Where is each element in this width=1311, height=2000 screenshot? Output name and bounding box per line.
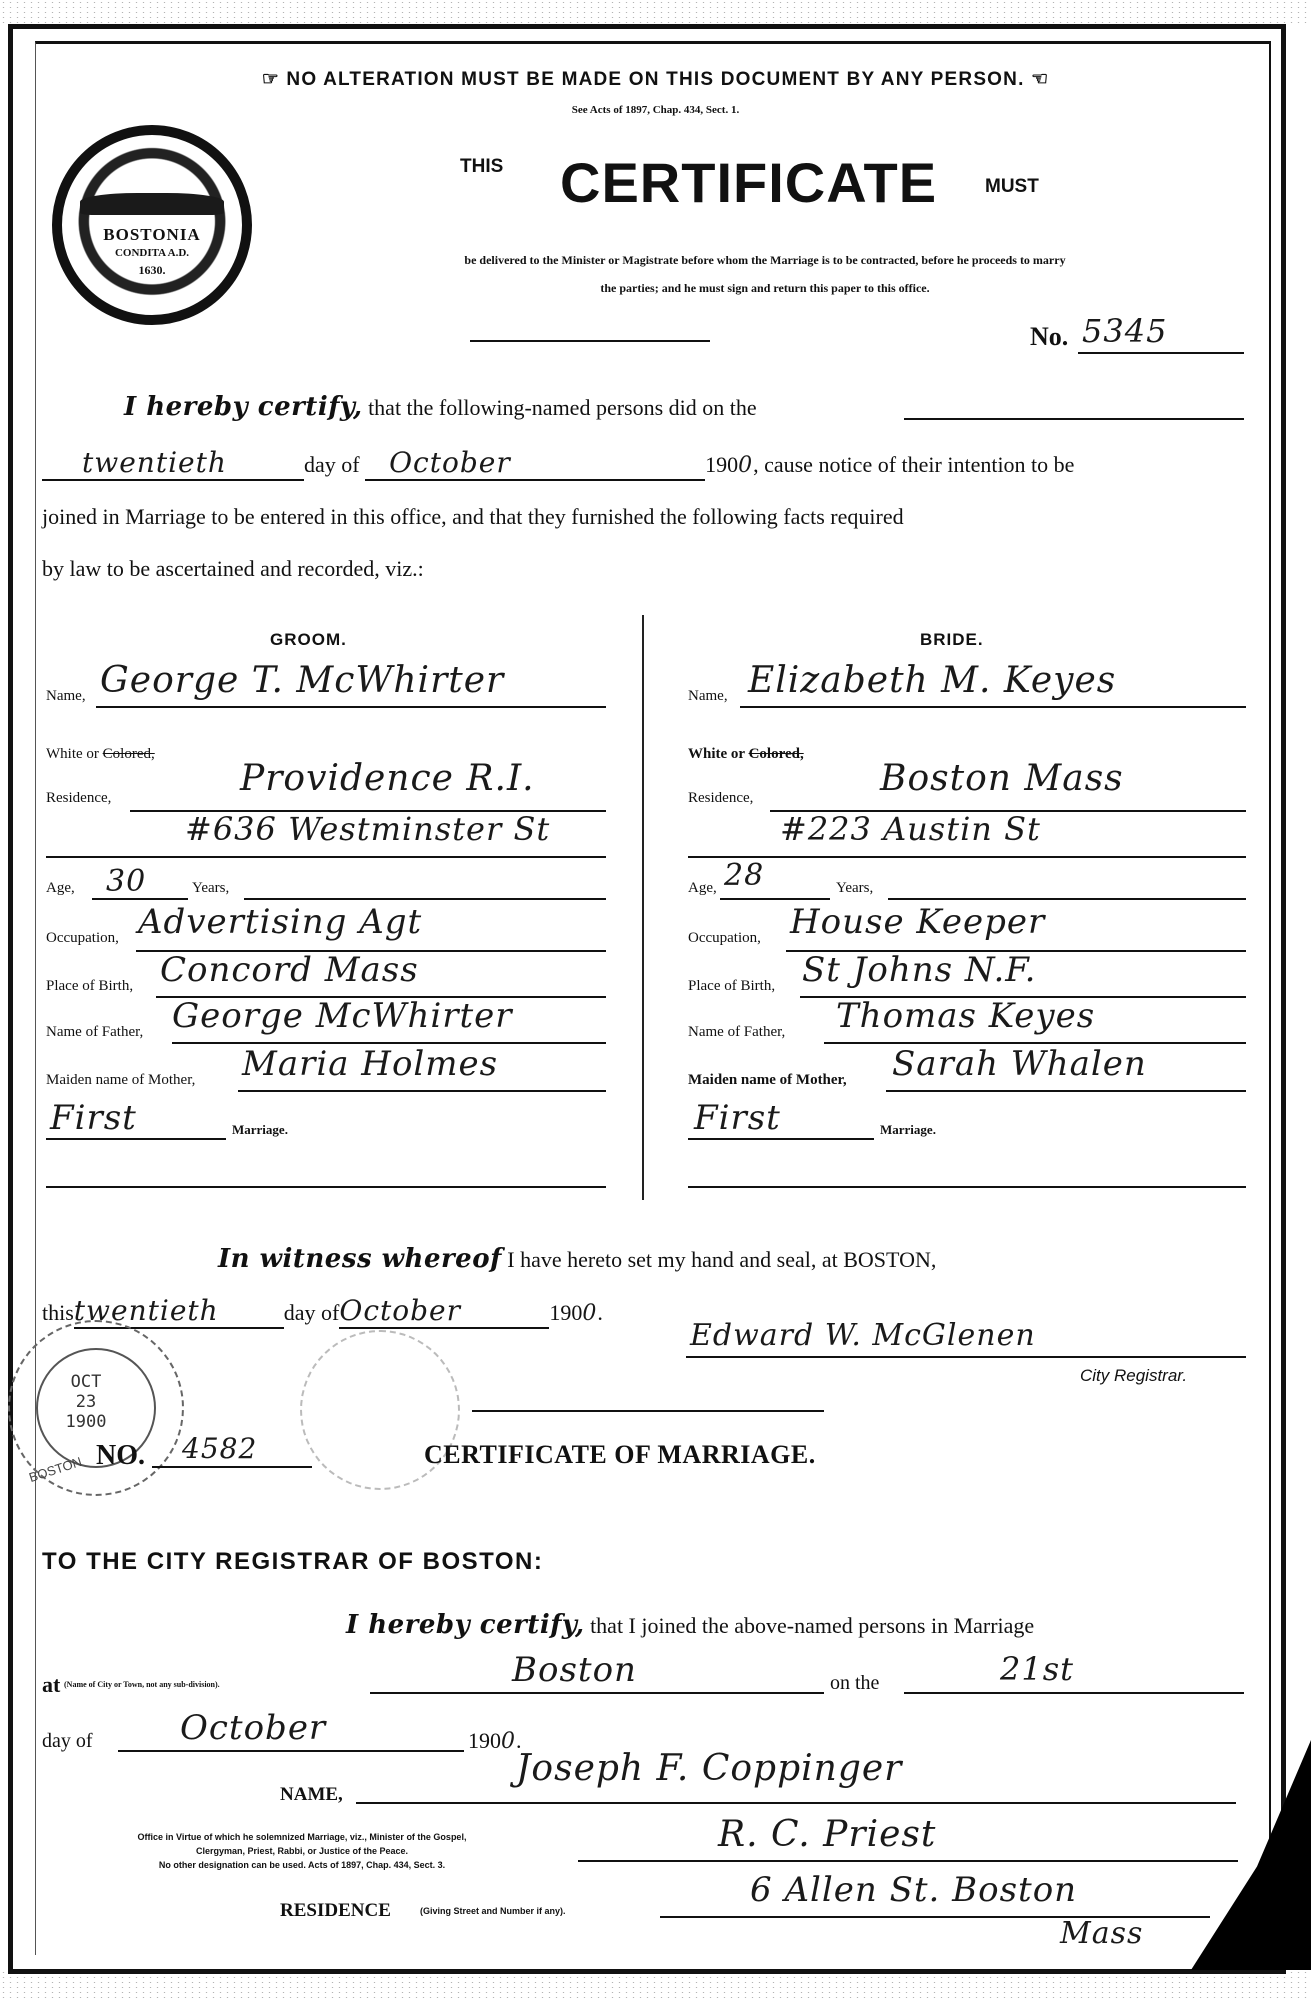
witness-month-field[interactable]: October (339, 1294, 549, 1329)
marriage-place-line (370, 1692, 824, 1694)
bride-years-line (888, 898, 1246, 900)
bride-heading: BRIDE. (920, 630, 984, 650)
marriage-number-value: 4582 (182, 1432, 257, 1465)
bride-years-label: Years, (836, 880, 873, 897)
title-prefix: THIS (460, 156, 503, 178)
bride-bottom-line (688, 1186, 1246, 1188)
bride-marriage-value[interactable]: First (694, 1098, 781, 1138)
groom-residence-city[interactable]: Providence R.I. (240, 758, 535, 799)
groom-birthplace-value[interactable]: Concord Mass (160, 950, 419, 990)
bride-father-label: Name of Father, (688, 1024, 785, 1041)
intention-line-4: by law to be ascertained and recorded, v… (42, 556, 424, 582)
intention-line-3: joined in Marriage to be entered in this… (42, 504, 904, 530)
officiant-residence-value[interactable]: 6 Allen St. Boston (750, 1870, 1077, 1910)
witness-statement: In witness whereof I have hereto set my … (218, 1244, 1248, 1274)
marriage-place-value[interactable]: Boston (512, 1650, 637, 1690)
bride-occupation-label: Occupation, (688, 930, 761, 947)
intention-line-1: I hereby certify, that the following-nam… (124, 392, 757, 422)
intention-month-field[interactable]: October (365, 446, 705, 481)
groom-age-line (92, 898, 188, 900)
certificate-number-value: 5345 (1082, 312, 1167, 350)
seal-year: 1630. (62, 263, 242, 278)
officiant-residence-note: (Giving Street and Number if any). (420, 1906, 566, 1916)
on-the-label: on the (830, 1672, 879, 1695)
groom-occupation-value[interactable]: Advertising Agt (138, 902, 422, 942)
marriage-month-line (118, 1750, 464, 1752)
groom-bottom-line (46, 1186, 606, 1188)
marriage-date-line (904, 1692, 1244, 1694)
registrar-title: City Registrar. (1080, 1366, 1187, 1386)
bride-name-line (740, 706, 1246, 708)
certificate-number-label: No. (1030, 322, 1068, 352)
groom-age-value[interactable]: 30 (106, 864, 146, 899)
bride-marriage-line (688, 1138, 874, 1140)
groom-heading: GROOM. (270, 630, 347, 650)
certificate-title: CERTIFICATE (560, 150, 937, 215)
scan-noise-top (0, 0, 1311, 26)
stamp-month: OCT (10, 1372, 162, 1392)
groom-name-value[interactable]: George T. McWhirter (100, 660, 504, 701)
bride-residence-city[interactable]: Boston Mass (880, 758, 1124, 799)
groom-marriage-label: Marriage. (232, 1122, 288, 1138)
bride-age-line (720, 898, 830, 900)
bride-age-value[interactable]: 28 (724, 858, 764, 893)
groom-marriage-value[interactable]: First (50, 1098, 137, 1138)
office-designation-note: Office in Virtue of which he solemnized … (42, 1830, 562, 1872)
at-label: at (42, 1672, 60, 1698)
bride-birthplace-value[interactable]: St Johns N.F. (802, 950, 1036, 990)
groom-mother-line (238, 1090, 606, 1092)
bride-birthplace-label: Place of Birth, (688, 978, 775, 995)
marriage-year: 1900. (468, 1728, 522, 1754)
bride-name-value[interactable]: Elizabeth M. Keyes (748, 660, 1116, 701)
bride-age-label: Age, (688, 880, 717, 897)
groom-name-label: Name, (46, 688, 86, 705)
pointing-hand-right-icon: ☞ (262, 69, 280, 90)
pointing-hand-left-icon: ☜ (1031, 69, 1049, 90)
intention-line-2: twentiethday of October1900, cause notic… (42, 446, 1252, 481)
registrar-signature-line (686, 1356, 1246, 1358)
officiant-certification: I hereby certify, that I joined the abov… (346, 1610, 1034, 1640)
seal-name: BOSTONIA (62, 225, 242, 245)
seal-skyline (80, 193, 224, 215)
certificate-number-line (1078, 352, 1244, 354)
groom-name-line (96, 706, 606, 708)
officiant-title-line (578, 1860, 1238, 1862)
marriage-date-value[interactable]: 21st (1000, 1650, 1074, 1688)
blank-line (904, 418, 1244, 420)
delivery-instructions: be delivered to the Minister or Magistra… (270, 246, 1260, 302)
at-note: (Name of City or Town, not any sub-divis… (64, 1680, 220, 1689)
registrar-signature: Edward W. McGlenen (690, 1318, 1036, 1353)
bride-residence-line-2 (688, 856, 1246, 858)
alteration-warning: ☞ NO ALTERATION MUST BE MADE ON THIS DOC… (0, 68, 1311, 91)
marriage-certificate-title: CERTIFICATE OF MARRIAGE. (424, 1440, 816, 1470)
groom-father-label: Name of Father, (46, 1024, 143, 1041)
bride-occupation-value[interactable]: House Keeper (790, 902, 1045, 942)
header-rule (470, 340, 710, 342)
officiant-residence-state[interactable]: Mass (1060, 1916, 1143, 1951)
groom-mother-value[interactable]: Maria Holmes (242, 1044, 498, 1084)
stamp-city: BOSTON (27, 1454, 84, 1485)
acts-reference: See Acts of 1897, Chap. 434, Sect. 1. (0, 104, 1311, 116)
groom-race-label: White or Colored, (46, 746, 155, 763)
marriage-number-line (152, 1466, 312, 1468)
groom-marriage-line (46, 1138, 226, 1140)
officiant-residence-label: RESIDENCE (280, 1900, 391, 1922)
bride-mother-line (886, 1090, 1246, 1092)
column-divider (642, 615, 644, 1200)
return-day-of-label: day of (42, 1730, 93, 1753)
officiant-name-line (356, 1802, 1236, 1804)
marriage-number-label: NO. (96, 1440, 145, 1472)
intention-year-field[interactable]: 0 (738, 453, 753, 478)
scan-noise-bottom (0, 1970, 1311, 2000)
stamp-day: 23 (10, 1392, 162, 1412)
groom-mother-label: Maiden name of Mother, (46, 1072, 195, 1089)
officiant-title-value[interactable]: R. C. Priest (718, 1814, 936, 1855)
title-suffix: MUST (985, 176, 1039, 198)
intention-day-field[interactable]: twentieth (42, 446, 304, 481)
bride-race-label: White or Colored, (688, 746, 804, 763)
groom-birthplace-label: Place of Birth, (46, 978, 133, 995)
officiant-name-label: NAME, (280, 1784, 343, 1806)
bride-residence-label: Residence, (688, 790, 753, 807)
groom-occupation-label: Occupation, (46, 930, 119, 947)
officiant-name-value[interactable]: Joseph F. Coppinger (516, 1748, 902, 1789)
marriage-year-value[interactable]: 0 (501, 1729, 516, 1754)
groom-years-line (244, 898, 606, 900)
seal-motto: CONDITA A.D. (62, 247, 242, 259)
marriage-month-value[interactable]: October (180, 1708, 326, 1748)
stamp-year: 1900 (10, 1412, 162, 1432)
groom-residence-label: Residence, (46, 790, 111, 807)
groom-years-label: Years, (192, 880, 229, 897)
stamp-rule (472, 1410, 824, 1412)
bride-mother-value[interactable]: Sarah Whalen (892, 1044, 1147, 1084)
groom-residence-line-2 (46, 856, 606, 858)
bride-mother-label: Maiden name of Mother, (688, 1072, 847, 1089)
bride-father-value[interactable]: Thomas Keyes (836, 996, 1095, 1036)
groom-age-label: Age, (46, 880, 75, 897)
witness-year-field[interactable]: 0 (582, 1301, 597, 1326)
groom-father-value[interactable]: George McWhirter (172, 996, 513, 1036)
witness-date: thistwentiethday ofOctober1900. (42, 1294, 603, 1329)
bride-residence-street[interactable]: #223 Austin St (780, 810, 1041, 848)
groom-residence-street[interactable]: #636 Westminster St (185, 810, 550, 848)
registrar-address: TO THE CITY REGISTRAR OF BOSTON: (42, 1548, 543, 1576)
bride-marriage-label: Marriage. (880, 1122, 936, 1138)
bride-name-label: Name, (688, 688, 728, 705)
boston-city-seal-icon: BOSTONIA CONDITA A.D. 1630. (52, 125, 252, 325)
